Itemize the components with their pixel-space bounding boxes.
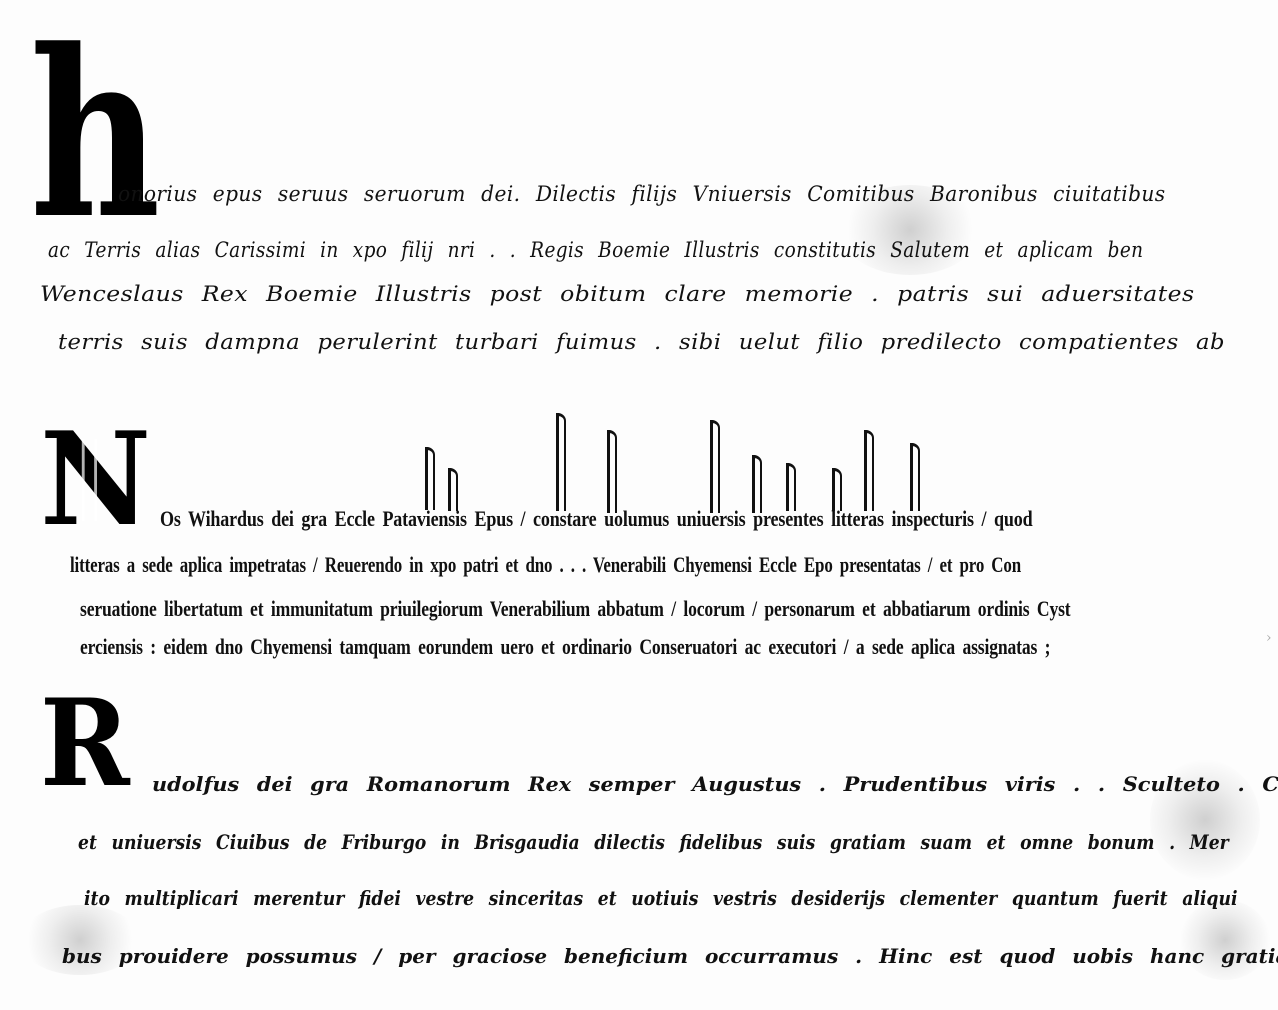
manuscript-line: udolfus dei gra Romanorum Rex semper Aug…	[152, 772, 1278, 796]
ascender-stroke	[607, 430, 617, 513]
initial-capital-n: N	[40, 416, 151, 544]
margin-mark: ›	[1266, 630, 1272, 646]
manuscript-line: terris suis dampna perulerint turbari fu…	[58, 330, 1225, 354]
manuscript-line: ito multiplicari merentur fidei vestre s…	[84, 886, 1238, 910]
ascender-stroke	[864, 430, 874, 511]
ascender-stroke	[425, 447, 435, 510]
ascender-stroke	[832, 468, 842, 511]
manuscript-line: Wenceslaus Rex Boemie Illustris post obi…	[40, 282, 1195, 306]
manuscript-line: Os Wihardus dei gra Eccle Pataviensis Ep…	[160, 506, 1032, 532]
initial-capital-h: h	[30, 20, 157, 250]
manuscript-line: et uniuersis Ciuibus de Friburgo in Bris…	[78, 830, 1229, 854]
initial-capital-n-letter: N	[40, 416, 151, 544]
manuscript-line: seruatione libertatum et immunitatum pri…	[80, 596, 1071, 622]
manuscript-page: h onorius epus seruus seruorum dei. Dile…	[0, 0, 1278, 1010]
manuscript-line: bus prouidere possumus / per graciose be…	[62, 944, 1278, 968]
ascender-stroke	[710, 420, 720, 513]
ascender-stroke	[910, 443, 920, 511]
manuscript-line: onorius epus seruus seruorum dei. Dilect…	[118, 182, 1165, 206]
manuscript-line: litteras a sede aplica impetratas / Reue…	[70, 552, 1021, 578]
manuscript-line: erciensis : eidem dno Chyemensi tamquam …	[80, 634, 1050, 660]
ascender-stroke	[556, 413, 566, 511]
ascender-stroke	[786, 463, 796, 511]
initial-capital-r: R	[40, 684, 130, 804]
ascender-stroke	[752, 455, 762, 513]
manuscript-line: ac Terris alias Carissimi in xpo filij n…	[48, 238, 1143, 262]
scan-speckle	[1180, 900, 1270, 980]
ascender-stroke	[448, 468, 458, 511]
